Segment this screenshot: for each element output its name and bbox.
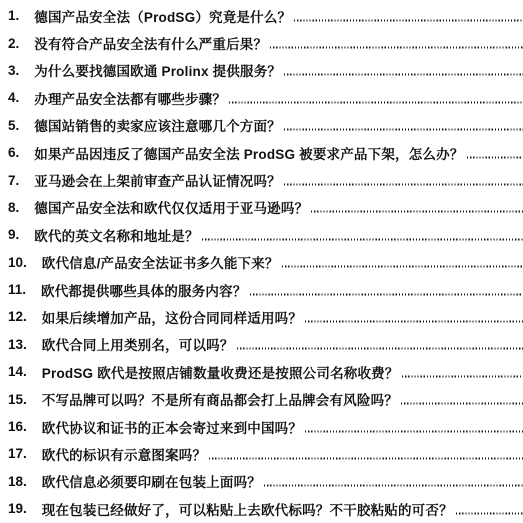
toc-entry[interactable]: 6. 如果产品因违反了德国产品安全法 ProdSG 被要求产品下架，怎么办？ (8, 139, 523, 166)
dot-leader (305, 430, 523, 432)
toc-entry-title: 现在包装已经做好了，可以粘贴上去欧代标吗？不干胶粘贴的可否？ (42, 499, 453, 519)
toc-entry[interactable]: 14. ProdSG 欧代是按照店铺数量收费还是按照公司名称收费？ (8, 358, 523, 385)
toc-entry-number: 15. (8, 392, 27, 407)
dot-leader (237, 348, 523, 350)
toc-entry[interactable]: 3. 为什么要找德国欧通 Prolinx 提供服务？ (8, 57, 523, 84)
toc-entry[interactable]: 16. 欧代协议和证书的正本会寄过来到中国吗？ (8, 413, 523, 440)
toc-entry-title: 没有符合产品安全法有什么严重后果？ (34, 33, 267, 53)
toc-entry-title: 亚马逊会在上架前审查产品认证情况吗？ (34, 170, 281, 190)
toc-entry-number: 11. (8, 282, 26, 297)
dot-leader (202, 238, 523, 240)
toc-entry-number: 18. (8, 474, 27, 489)
dot-leader (284, 129, 523, 131)
toc-entry-title: 办理产品安全法都有哪些步骤？ (34, 88, 226, 108)
toc-entry[interactable]: 15. 不写品牌可以吗？不是所有商品都会打上品牌会有风险吗？ (8, 385, 523, 412)
toc-entry[interactable]: 5. 德国站销售的卖家应该注意哪几个方面？ (8, 112, 523, 139)
toc-entry-number: 3. (8, 63, 19, 78)
dot-leader (209, 457, 523, 459)
toc-entry[interactable]: 17. 欧代的标识有示意图案吗？ (8, 440, 523, 467)
toc-entry-number: 12. (8, 309, 27, 324)
toc-entry[interactable]: 18. 欧代信息必须要印刷在包装上面吗？ (8, 468, 523, 495)
toc-entry-title: 德国产品安全法（ProdSG）究竟是什么？ (34, 6, 291, 26)
toc-entry[interactable]: 1. 德国产品安全法（ProdSG）究竟是什么？ (8, 2, 523, 29)
toc-entry-title: 如果后续增加产品，这份合同同样适用吗？ (42, 307, 302, 327)
table-of-contents: 1. 德国产品安全法（ProdSG）究竟是什么？ 2. 没有符合产品安全法有什么… (0, 0, 523, 523)
toc-entry-title: 欧代都提供哪些具体的服务内容？ (41, 280, 247, 300)
toc-entry-number: 9. (8, 227, 19, 242)
toc-entry[interactable]: 7. 亚马逊会在上架前审查产品认证情况吗？ (8, 166, 523, 193)
toc-entry-title: 德国产品安全法和欧代仅仅适用于亚马逊吗？ (34, 197, 308, 217)
toc-entry[interactable]: 10. 欧代信息/产品安全法证书多久能下来？ (8, 249, 523, 276)
toc-entry-number: 2. (8, 36, 19, 51)
toc-entry-title: 如果产品因违反了德国产品安全法 ProdSG 被要求产品下架，怎么办？ (34, 143, 463, 163)
toc-entry[interactable]: 2. 没有符合产品安全法有什么严重后果？ (8, 29, 523, 56)
toc-entry-title: 欧代协议和证书的正本会寄过来到中国吗？ (42, 417, 302, 437)
toc-entry[interactable]: 11. 欧代都提供哪些具体的服务内容？ (8, 276, 523, 303)
toc-entry-number: 1. (8, 8, 19, 23)
toc-entry[interactable]: 12. 如果后续增加产品，这份合同同样适用吗？ (8, 303, 523, 330)
toc-entry[interactable]: 9. 欧代的英文名称和地址是？ (8, 221, 523, 248)
toc-entry-number: 17. (8, 446, 27, 461)
dot-leader (284, 74, 523, 76)
toc-entry-title: ProdSG 欧代是按照店铺数量收费还是按照公司名称收费？ (42, 362, 399, 382)
toc-entry-number: 19. (8, 501, 27, 516)
dot-leader (467, 156, 523, 158)
toc-entry-title: 德国站销售的卖家应该注意哪几个方面？ (34, 115, 281, 135)
dot-leader (402, 375, 523, 377)
toc-entry-number: 13. (8, 337, 27, 352)
toc-entry-number: 7. (8, 173, 19, 188)
dot-leader (305, 320, 523, 322)
toc-entry-number: 4. (8, 90, 19, 105)
toc-entry-number: 14. (8, 364, 27, 379)
toc-entry-title: 为什么要找德国欧通 Prolinx 提供服务？ (34, 60, 281, 80)
toc-entry[interactable]: 13. 欧代合同上用类别名，可以吗？ (8, 331, 523, 358)
toc-entry[interactable]: 4. 办理产品安全法都有哪些步骤？ (8, 84, 523, 111)
dot-leader (264, 485, 523, 487)
toc-entry-number: 5. (8, 118, 19, 133)
toc-entry-number: 6. (8, 145, 19, 160)
toc-entry[interactable]: 19. 现在包装已经做好了，可以粘贴上去欧代标吗？不干胶粘贴的可否？ (8, 495, 523, 522)
toc-entry-title: 欧代信息/产品安全法证书多久能下来？ (42, 252, 279, 272)
dot-leader (284, 184, 523, 186)
toc-entry-title: 欧代的英文名称和地址是？ (34, 225, 198, 245)
toc-entry-title: 欧代的标识有示意图案吗？ (42, 444, 206, 464)
dot-leader (282, 266, 523, 268)
toc-entry-title: 欧代信息必须要印刷在包装上面吗？ (42, 471, 261, 491)
dot-leader (250, 293, 523, 295)
toc-entry-number: 10. (8, 255, 27, 270)
dot-leader (294, 19, 523, 21)
dot-leader (229, 101, 523, 103)
dot-leader (270, 47, 523, 49)
toc-entry-number: 8. (8, 200, 19, 215)
dot-leader (311, 211, 523, 213)
toc-entry-title: 欧代合同上用类别名，可以吗？ (42, 334, 234, 354)
toc-entry-number: 16. (8, 419, 27, 434)
toc-entry[interactable]: 8. 德国产品安全法和欧代仅仅适用于亚马逊吗？ (8, 194, 523, 221)
toc-entry-title: 不写品牌可以吗？不是所有商品都会打上品牌会有风险吗？ (42, 389, 398, 409)
dot-leader (401, 403, 523, 405)
dot-leader (456, 512, 523, 514)
